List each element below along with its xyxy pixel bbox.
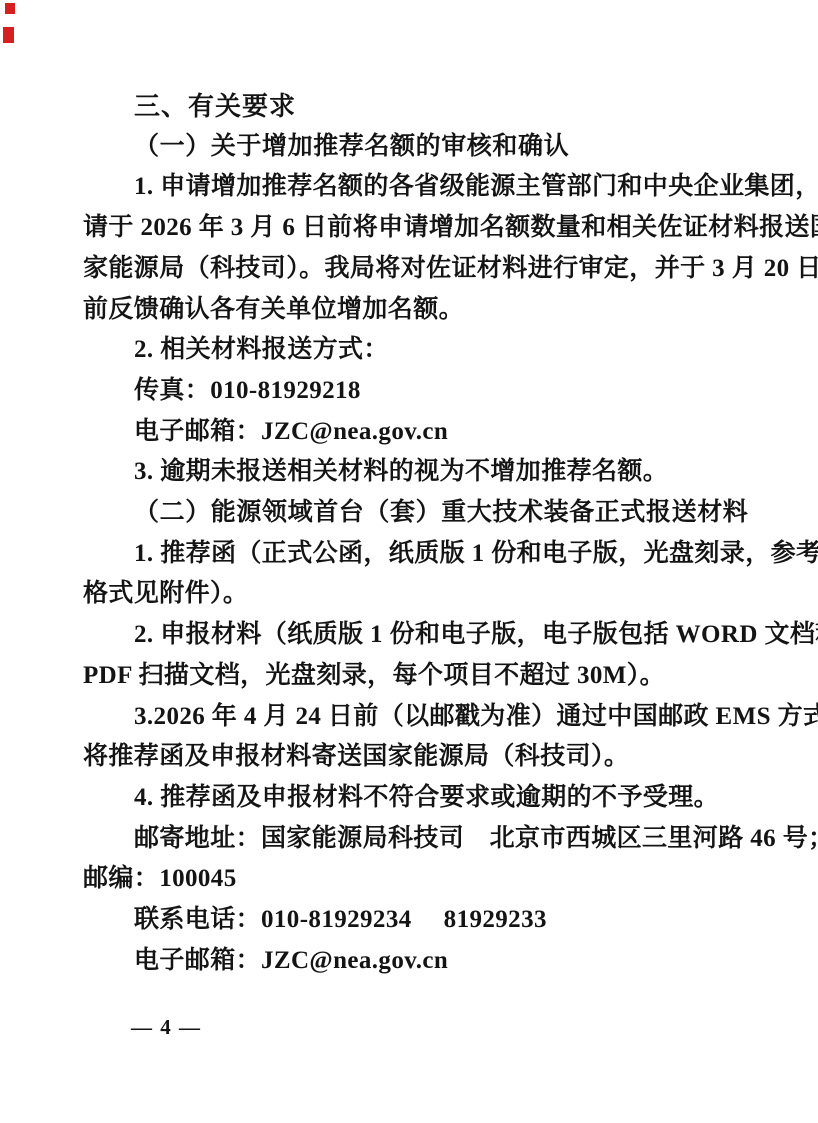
document-line: 三、有关要求 <box>83 86 763 127</box>
red-scan-mark-top <box>5 3 15 14</box>
document-line: 联系电话：010-81929234 81929233 <box>83 900 763 941</box>
document-line: PDF 扫描文档，光盘刻录，每个项目不超过 30M）。 <box>83 656 763 697</box>
document-line: 请于 2026 年 3 月 6 日前将申请增加名额数量和相关佐证材料报送国 <box>83 208 763 249</box>
document-line: 电子邮箱：JZC@nea.gov.cn <box>83 941 763 982</box>
document-line: 格式见附件）。 <box>83 574 763 615</box>
page-number: — 4 — <box>131 1015 202 1040</box>
document-body: 三、有关要求（一）关于增加推荐名额的审核和确认1. 申请增加推荐名额的各省级能源… <box>83 86 763 981</box>
document-line: （二）能源领域首台（套）重大技术装备正式报送材料 <box>83 493 763 534</box>
document-line: 2. 相关材料报送方式： <box>83 330 763 371</box>
document-line: 电子邮箱：JZC@nea.gov.cn <box>83 412 763 453</box>
document-line: 邮寄地址：国家能源局科技司 北京市西城区三里河路 46 号； <box>83 819 763 860</box>
document-line: 3. 逾期未报送相关材料的视为不增加推荐名额。 <box>83 452 763 493</box>
document-line: 家能源局（科技司）。我局将对佐证材料进行审定，并于 3 月 20 日 <box>83 249 763 290</box>
document-line: 1. 申请增加推荐名额的各省级能源主管部门和中央企业集团， <box>83 167 763 208</box>
document-line: 2. 申报材料（纸质版 1 份和电子版，电子版包括 WORD 文档和 <box>83 615 763 656</box>
document-line: 3.2026 年 4 月 24 日前（以邮戳为准）通过中国邮政 EMS 方式 <box>83 697 763 738</box>
document-page: 三、有关要求（一）关于增加推荐名额的审核和确认1. 申请增加推荐名额的各省级能源… <box>0 0 818 1123</box>
document-line: 4. 推荐函及申报材料不符合要求或逾期的不予受理。 <box>83 778 763 819</box>
document-line: 邮编：100045 <box>83 859 763 900</box>
document-line: 将推荐函及申报材料寄送国家能源局（科技司）。 <box>83 737 763 778</box>
document-line: 传真：010-81929218 <box>83 371 763 412</box>
document-line: 1. 推荐函（正式公函，纸质版 1 份和电子版，光盘刻录，参考 <box>83 534 763 575</box>
red-scan-mark-bottom <box>3 27 14 43</box>
document-line: 前反馈确认各有关单位增加名额。 <box>83 290 763 331</box>
document-line: （一）关于增加推荐名额的审核和确认 <box>83 127 763 168</box>
